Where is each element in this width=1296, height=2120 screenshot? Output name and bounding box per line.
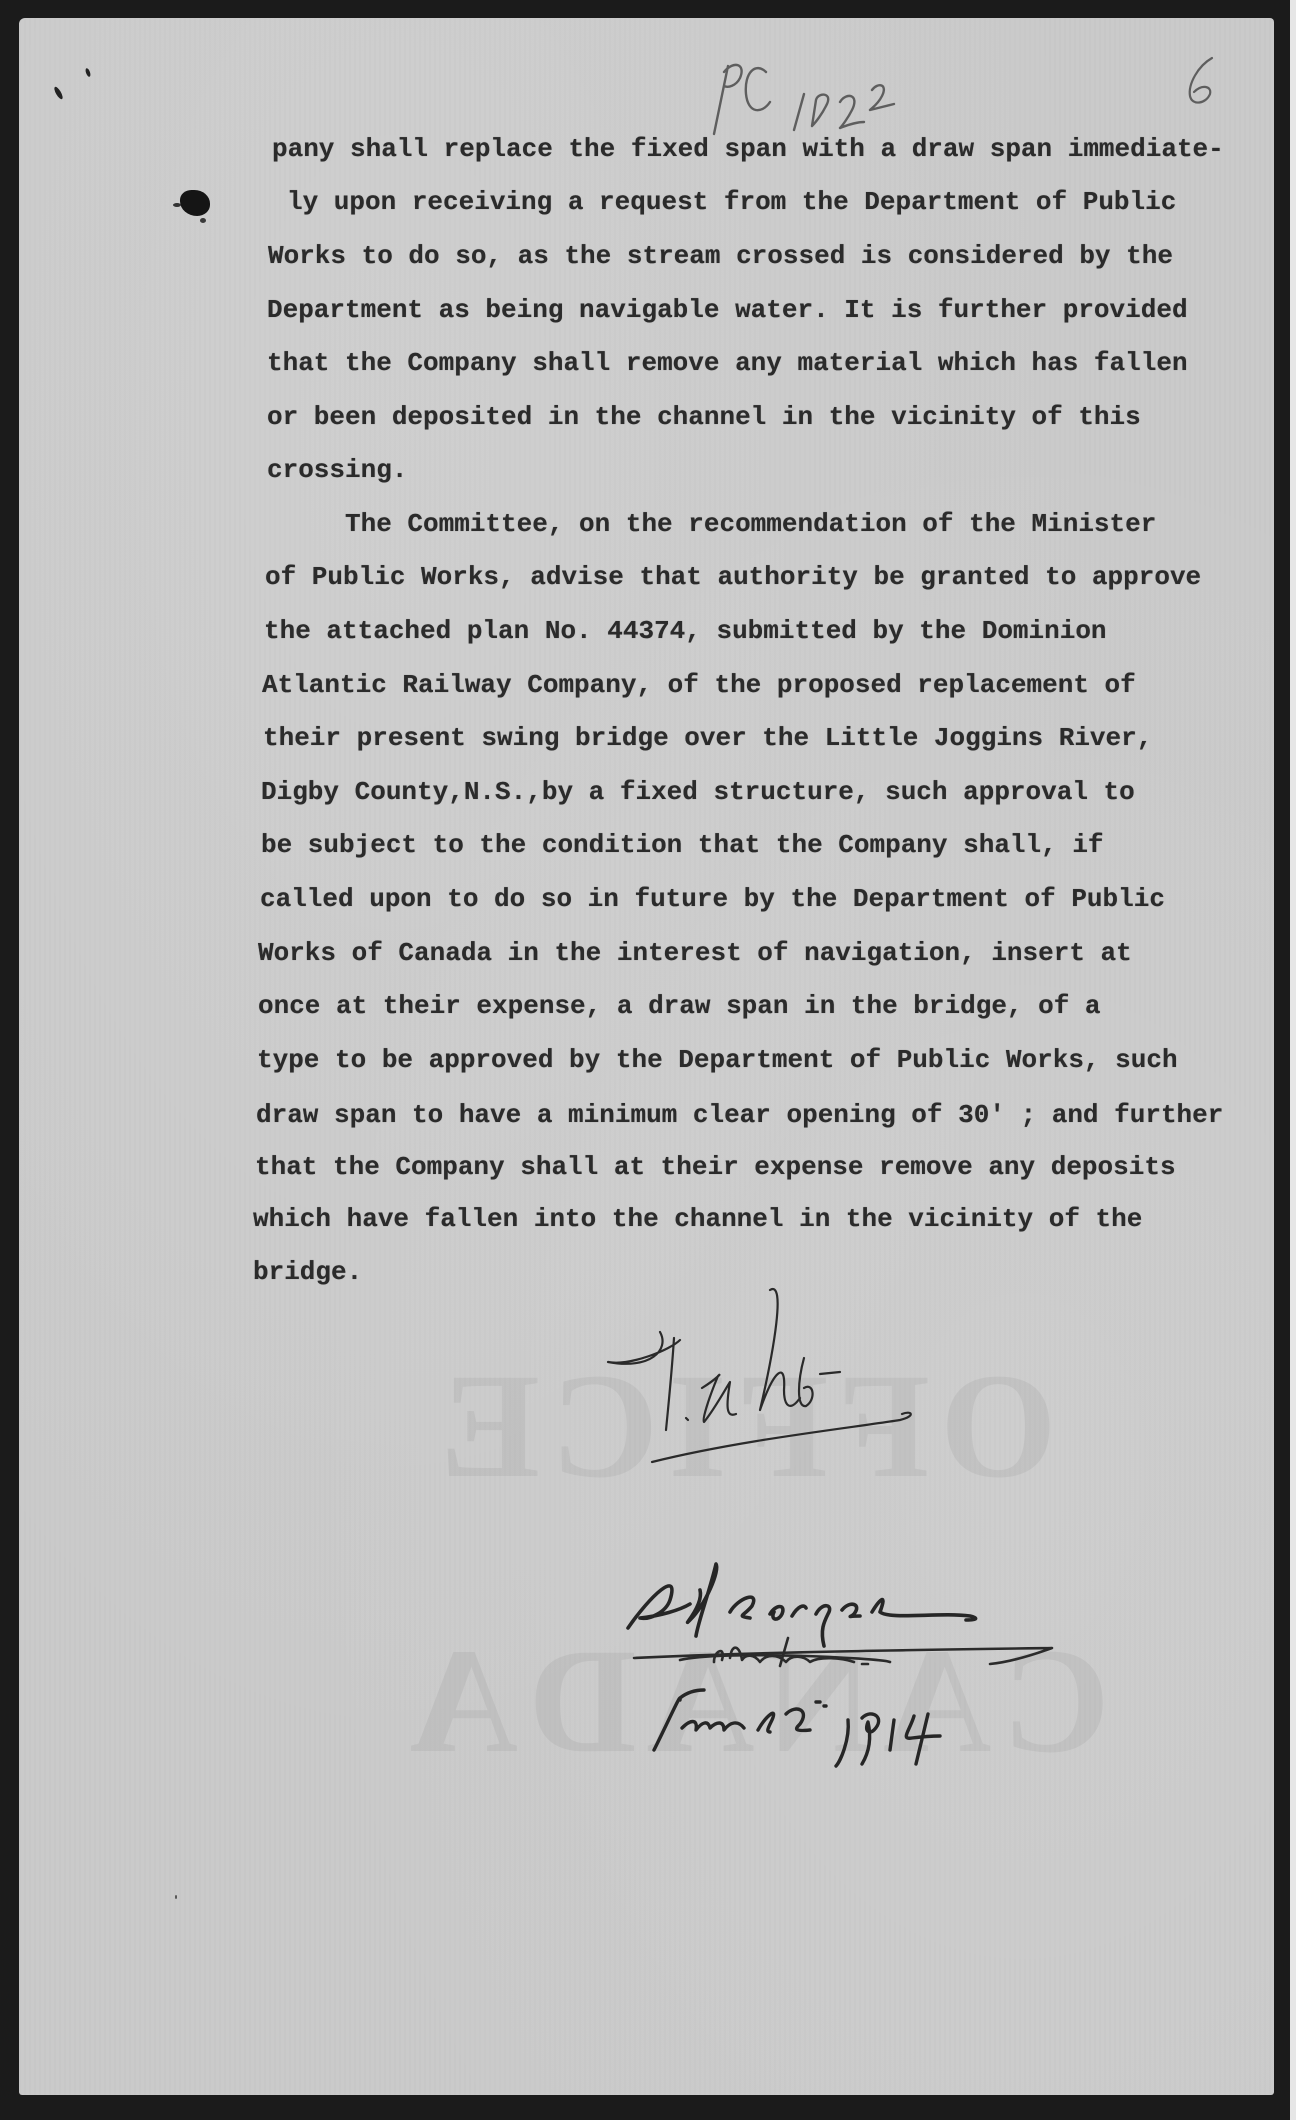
typed-line: Works of Canada in the interest of navig… — [258, 940, 1132, 966]
signature-approval: A. George — [610, 1550, 1080, 1770]
scan-speck — [175, 1895, 177, 1899]
typed-line: of Public Works, advise that authority b… — [265, 564, 1201, 590]
typed-line: bridge. — [253, 1259, 362, 1285]
typed-line: called upon to do so in future by the De… — [260, 886, 1165, 912]
scan-edge-strip — [1290, 0, 1296, 2120]
typed-line: the attached plan No. 44374, submitted b… — [264, 618, 1107, 644]
typed-line: Atlantic Railway Company, of the propose… — [262, 672, 1136, 698]
typed-line: draw span to have a minimum clear openin… — [256, 1102, 1223, 1128]
ink-blot-spatter — [173, 203, 181, 207]
handwritten-page-number — [1180, 52, 1224, 108]
typed-line: that the Company shall remove any materi… — [267, 350, 1188, 376]
ink-blot-spatter — [200, 218, 206, 223]
typed-line: Department as being navigable water. It … — [267, 297, 1188, 323]
typed-line: The Committee, on the recommendation of … — [345, 511, 1156, 537]
typed-line: once at their expense, a draw span in th… — [258, 993, 1101, 1019]
typed-line: that the Company shall at their expense … — [255, 1154, 1176, 1180]
typed-line: Works to do so, as the stream crossed is… — [268, 243, 1173, 269]
typed-line: or been deposited in the channel in the … — [267, 404, 1141, 430]
typed-line: which have fallen into the channel in th… — [253, 1206, 1142, 1232]
signature-minister: T. White — [590, 1270, 970, 1470]
typed-line: pany shall replace the fixed span with a… — [272, 136, 1224, 162]
typed-line: be subject to the condition that the Com… — [261, 832, 1104, 858]
typed-line: Digby County,N.S.,by a fixed structure, … — [261, 779, 1135, 805]
typed-line: their present swing bridge over the Litt… — [263, 725, 1152, 751]
handwritten-file-reference — [700, 52, 920, 142]
typed-line: type to be approved by the Department of… — [257, 1047, 1178, 1073]
typed-line: ly upon receiving a request from the Dep… — [287, 189, 1176, 215]
typed-line: crossing. — [267, 457, 407, 483]
